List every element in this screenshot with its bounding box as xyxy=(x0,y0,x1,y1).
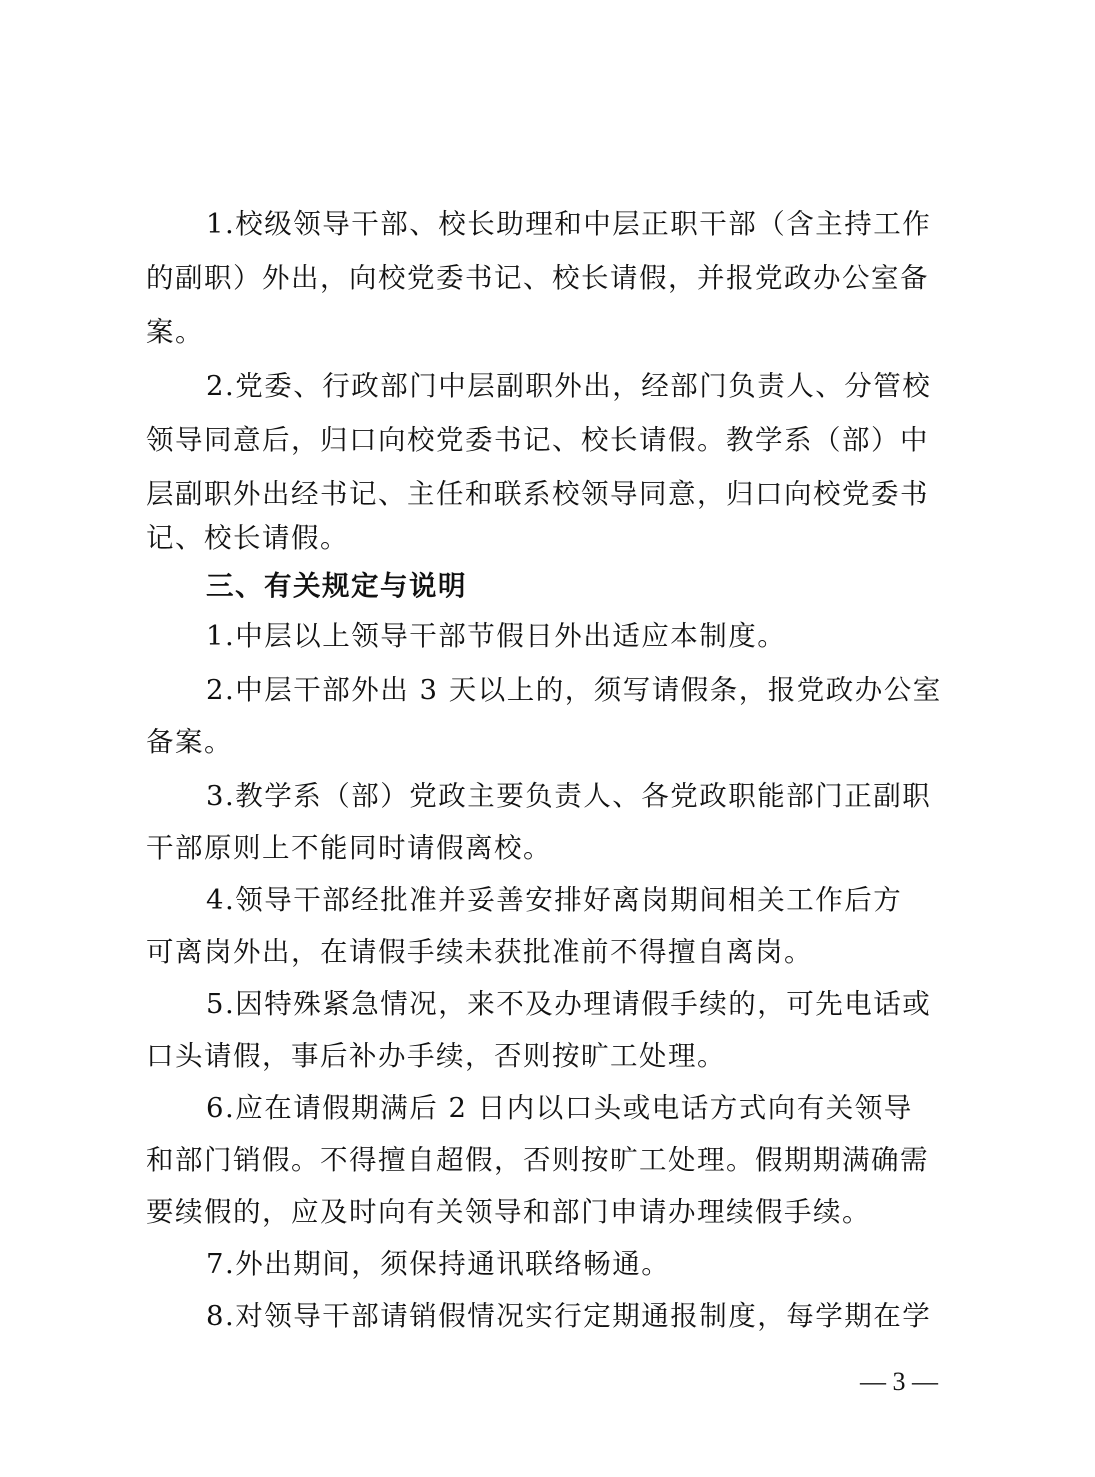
text-line: 层副职外出经书记、主任和联系校领导同意，归口向校党委书 xyxy=(146,474,958,514)
text-line: 领导同意后，归口向校党委书记、校长请假。教学系（部）中 xyxy=(146,420,958,460)
text-line: 可离岗外出，在请假手续未获批准前不得擅自离岗。 xyxy=(146,932,958,972)
text-line: 的副职）外出，向校党委书记、校长请假，并报党政办公室备 xyxy=(146,258,958,298)
text-line: 3.教学系（部）党政主要负责人、各党政职能部门正副职 xyxy=(206,776,958,816)
text-line: 记、校长请假。 xyxy=(146,518,958,558)
page-number: — 3 — xyxy=(860,1367,938,1397)
text-line: 口头请假，事后补办手续，否则按旷工处理。 xyxy=(146,1036,958,1076)
text-line: 案。 xyxy=(146,312,958,352)
text-line: 2.中层干部外出 3 天以上的，须写请假条，报党政办公室 xyxy=(206,670,958,710)
text-line: 1.校级领导干部、校长助理和中层正职干部（含主持工作 xyxy=(206,204,958,244)
text-line: 干部原则上不能同时请假离校。 xyxy=(146,828,958,868)
text-line: 6.应在请假期满后 2 日内以口头或电话方式向有关领导 xyxy=(206,1088,958,1128)
text-line: 5.因特殊紧急情况，来不及办理请假手续的，可先电话或 xyxy=(206,984,958,1024)
text-line: 要续假的，应及时向有关领导和部门申请办理续假手续。 xyxy=(146,1192,958,1232)
text-line: 和部门销假。不得擅自超假，否则按旷工处理。假期期满确需 xyxy=(146,1140,958,1180)
text-line: 4.领导干部经批准并妥善安排好离岗期间相关工作后方 xyxy=(206,880,958,920)
text-line: 1.中层以上领导干部节假日外出适应本制度。 xyxy=(206,616,958,656)
text-line: 7.外出期间，须保持通讯联络畅通。 xyxy=(206,1244,958,1284)
text-line: 备案。 xyxy=(146,722,958,762)
text-line: 2.党委、行政部门中层副职外出，经部门负责人、分管校 xyxy=(206,366,958,406)
section-heading: 三、有关规定与说明 xyxy=(206,566,958,606)
text-line: 8.对领导干部请销假情况实行定期通报制度，每学期在学 xyxy=(206,1296,958,1336)
